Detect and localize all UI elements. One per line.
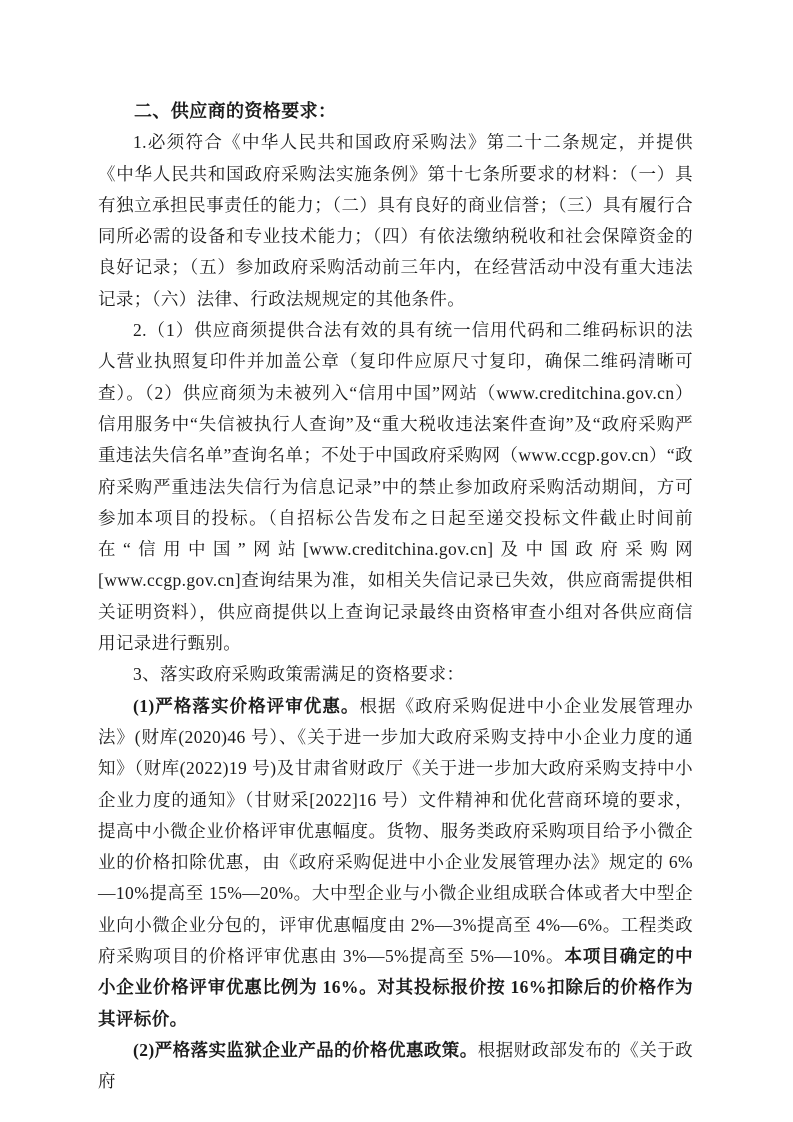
subsection-heading-policy: 3、落实政府采购政策需满足的资格要求： (98, 659, 693, 690)
bold-lead-prison-policy: (2)严格落实监狱企业产品的价格优惠政策。 (133, 1040, 478, 1060)
body-text-price-review: 根据《政府采购促进中小企业发展管理办法》(财库(2020)46 号）、《关于进一… (98, 696, 693, 966)
paragraph-price-review-discount: (1)严格落实价格评审优惠。根据《政府采购促进中小企业发展管理办法》(财库(20… (98, 691, 693, 1035)
paragraph-prison-enterprise-policy: (2)严格落实监狱企业产品的价格优惠政策。根据财政部发布的《关于政府 (98, 1035, 693, 1098)
bold-lead-price-review: (1)严格落实价格评审优惠。 (133, 696, 359, 716)
document-page: 二、供应商的资格要求： 1.必须符合《中华人民共和国政府采购法》第二十二条规定，… (0, 0, 793, 1122)
paragraph-qualification-law: 1.必须符合《中华人民共和国政府采购法》第二十二条规定，并提供《中华人民共和国政… (98, 127, 693, 315)
section-heading: 二、供应商的资格要求： (98, 96, 693, 127)
paragraph-credit-check: 2.（1）供应商须提供合法有效的具有统一信用代码和二维码标识的法人营业执照复印件… (98, 315, 693, 659)
